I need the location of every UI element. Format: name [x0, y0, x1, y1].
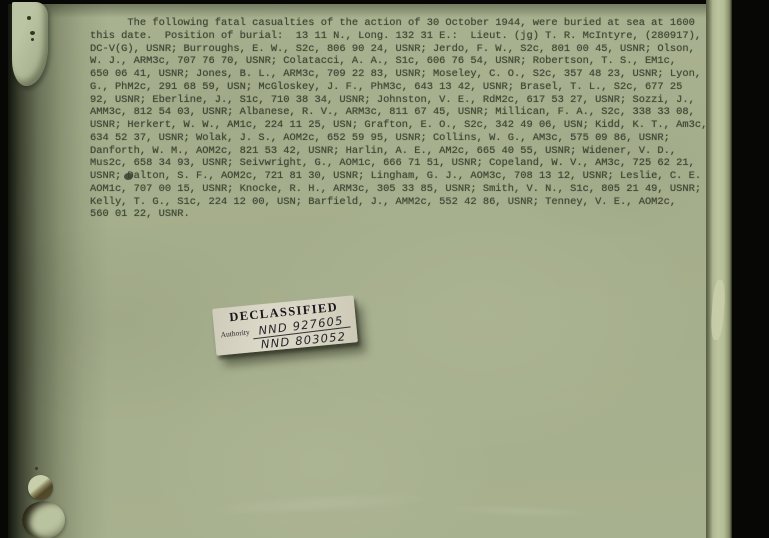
authority-label: Authority	[220, 327, 250, 341]
document-line: Kelly, T. G., S1c, 224 12 00, USN; Barfi…	[90, 196, 716, 209]
document-line: DC-V(G), USNR; Burroughs, E. W., S2c, 80…	[90, 43, 716, 56]
document-line: this date. Position of burial: 13 11 N.,…	[90, 30, 716, 43]
page-corner-curl	[12, 2, 48, 86]
document-line: The following fatal casualties of the ac…	[90, 17, 716, 30]
document-line: 560 01 22, USNR.	[90, 208, 716, 221]
document-line: G., PhM2c, 291 68 59, USN; McGloskey, J.…	[90, 81, 716, 94]
document-line: 634 52 37, USNR; Wolak, J. S., AOM2c, 65…	[90, 132, 716, 145]
page-top-shadow	[8, 4, 706, 18]
paper-wrinkle	[188, 487, 449, 521]
punch-hole-large	[22, 501, 65, 538]
document-line: AMM3c, 812 54 03, USNR; Albanese, R. V.,…	[90, 106, 716, 119]
document-line: W. J., ARM3c, 707 76 70, USNR; Colatacci…	[90, 55, 716, 68]
document-line: USNR; Herkert, W. W., AM1c, 224 11 25, U…	[90, 119, 716, 132]
document-line: AOM1c, 707 00 15, USNR; Knocke, R. H., A…	[90, 183, 716, 196]
document-line: 92, USNR; Eberline, J., S1c, 710 38 34, …	[90, 94, 716, 107]
adjacent-page-edge	[706, 0, 732, 538]
paper-speck	[30, 31, 35, 35]
paper-speck	[27, 16, 31, 20]
paper-wrinkle	[428, 501, 608, 521]
document-line: Danforth, W. M., AOM2c, 821 53 42, USNR;…	[90, 145, 716, 158]
document-line: USNR; Dalton, S. F., AOM2c, 721 81 30, U…	[90, 170, 716, 183]
document-line: 650 06 41, USNR; Jones, B. L., ARM3c, 70…	[90, 68, 716, 81]
typed-casualty-paragraph: The following fatal casualties of the ac…	[90, 17, 716, 221]
punch-hole-small	[28, 475, 53, 500]
photo-background: { "document": { "lines": [ " The followi…	[0, 0, 769, 538]
document-page: The following fatal casualties of the ac…	[8, 4, 706, 538]
document-line: Mus2c, 658 34 93, USNR; Seivwright, G., …	[90, 157, 716, 170]
paper-speck	[35, 467, 38, 470]
paper-speck	[31, 38, 34, 41]
